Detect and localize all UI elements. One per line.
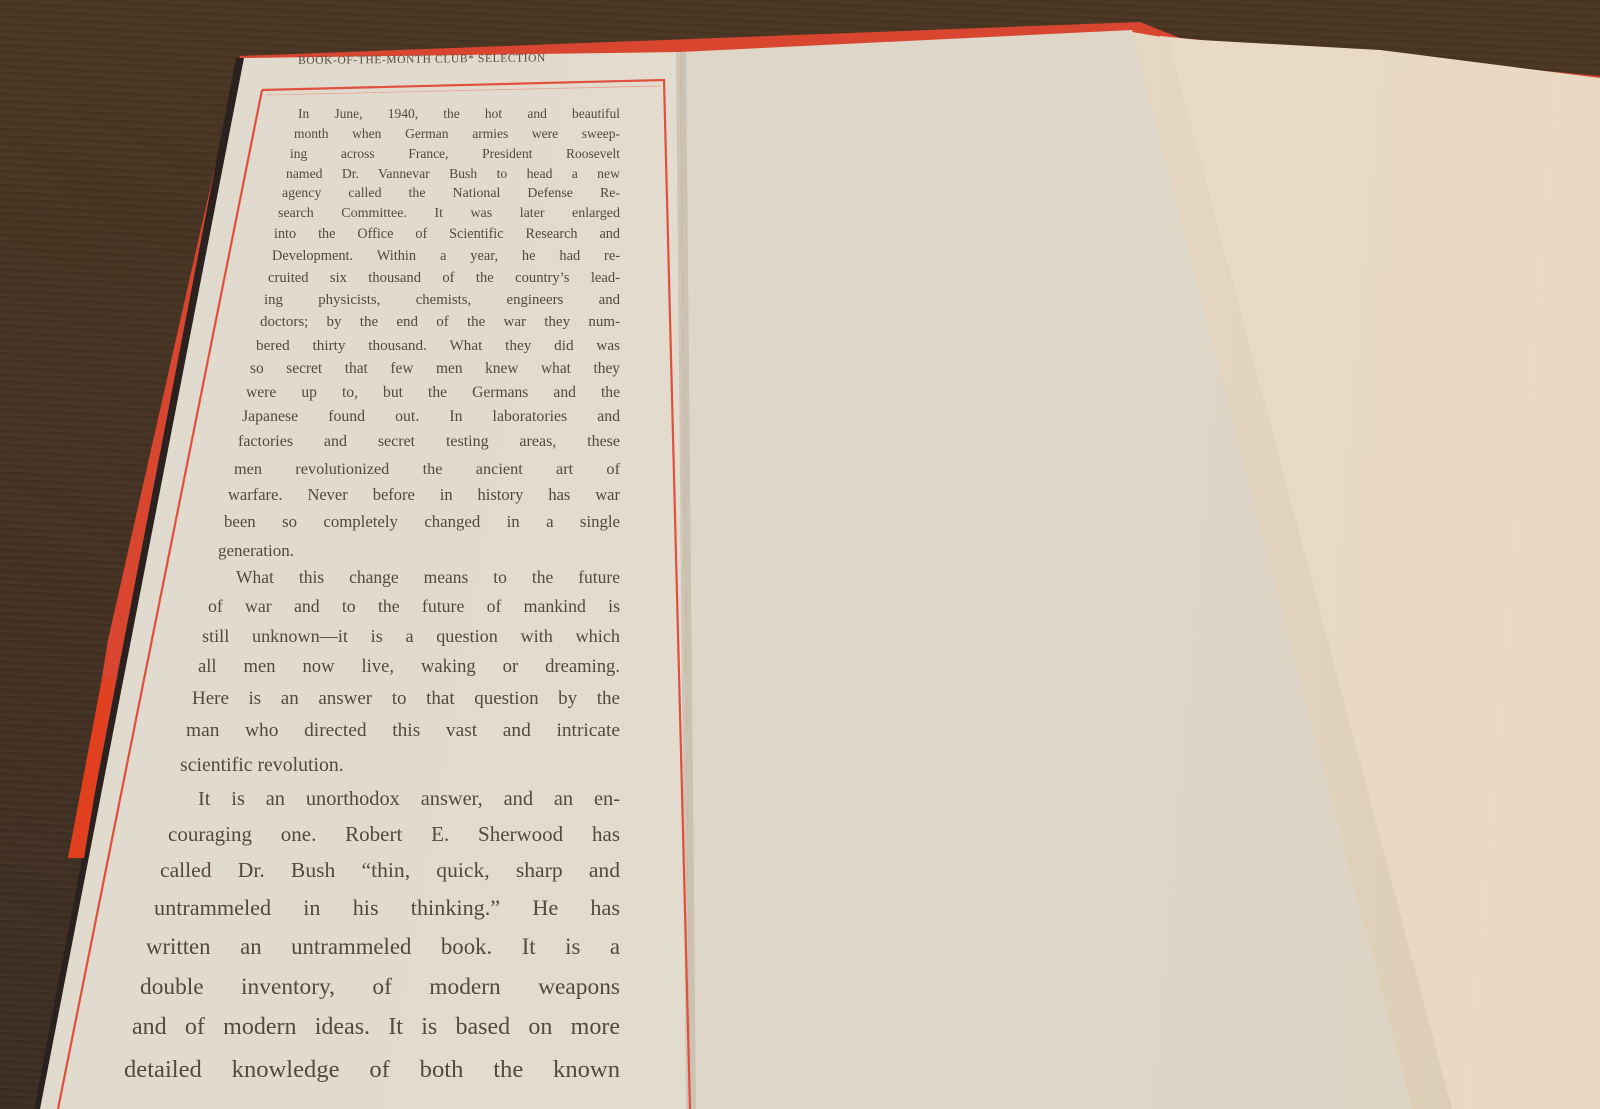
- text-line: written an untrammeled book. It is a: [146, 934, 620, 960]
- text-line: cruited six thousand of the country’s le…: [268, 270, 620, 287]
- text-line: still unknown—it is a question with whic…: [202, 626, 620, 647]
- text-line: untrammeled in his thinking.” He has: [154, 895, 620, 921]
- text-line: man who directed this vast and intricate: [186, 720, 620, 742]
- text-line: and of modern ideas. It is based on more: [132, 1014, 620, 1041]
- text-line: factories and secret testing areas, thes…: [238, 433, 620, 451]
- flap-copy: In June, 1940, the hot and beautiful mon…: [0, 0, 1600, 1109]
- text-line: Japanese found out. In laboratories and: [242, 408, 620, 426]
- text-line: month when German armies were sweep-: [294, 126, 620, 142]
- text-line: Here is an answer to that question by th…: [192, 688, 620, 710]
- text-line: so secret that few men knew what they: [250, 360, 620, 378]
- text-line: named Dr. Vannevar Bush to head a new: [286, 166, 620, 182]
- text-line: of war and to the future of mankind is: [208, 596, 620, 617]
- text-line: generation.: [218, 541, 620, 561]
- book: BOOK-OF-THE-MONTH CLUB* SELECTION In Jun…: [0, 0, 1600, 1109]
- text-line: Development. Within a year, he had re-: [272, 248, 620, 265]
- text-line: search Committee. It was later enlarged: [278, 206, 620, 222]
- text-line: bered thirty thousand. What they did was: [256, 337, 620, 355]
- text-line: In June, 1940, the hot and beautiful: [298, 106, 620, 122]
- text-line: scientific revolution.: [180, 754, 620, 777]
- text-line: warfare. Never before in history has war: [228, 485, 620, 505]
- text-line: couraging one. Robert E. Sherwood has: [168, 822, 620, 847]
- text-line: all men now live, waking or dreaming.: [198, 656, 620, 678]
- text-line: It is an unorthodox answer, and an en-: [198, 788, 620, 811]
- text-line: double inventory, of modern weapons: [140, 974, 620, 1001]
- text-line: agency called the National Defense Re-: [282, 186, 620, 202]
- text-line: detailed knowledge of both the known: [124, 1056, 620, 1084]
- text-line: doctors; by the end of the war they num-: [260, 314, 620, 331]
- text-line: called Dr. Bush “thin, quick, sharp and: [160, 858, 620, 883]
- text-line: men revolutionized the ancient art of: [234, 459, 620, 479]
- text-line: were up to, but the Germans and the: [246, 384, 620, 402]
- text-line: been so completely changed in a single: [224, 512, 620, 532]
- text-line: ing physicists, chemists, engineers and: [264, 292, 620, 309]
- text-line: What this change means to the future: [236, 567, 620, 588]
- text-line: into the Office of Scientific Research a…: [274, 226, 620, 243]
- text-line: ing across France, President Roosevelt: [290, 146, 620, 162]
